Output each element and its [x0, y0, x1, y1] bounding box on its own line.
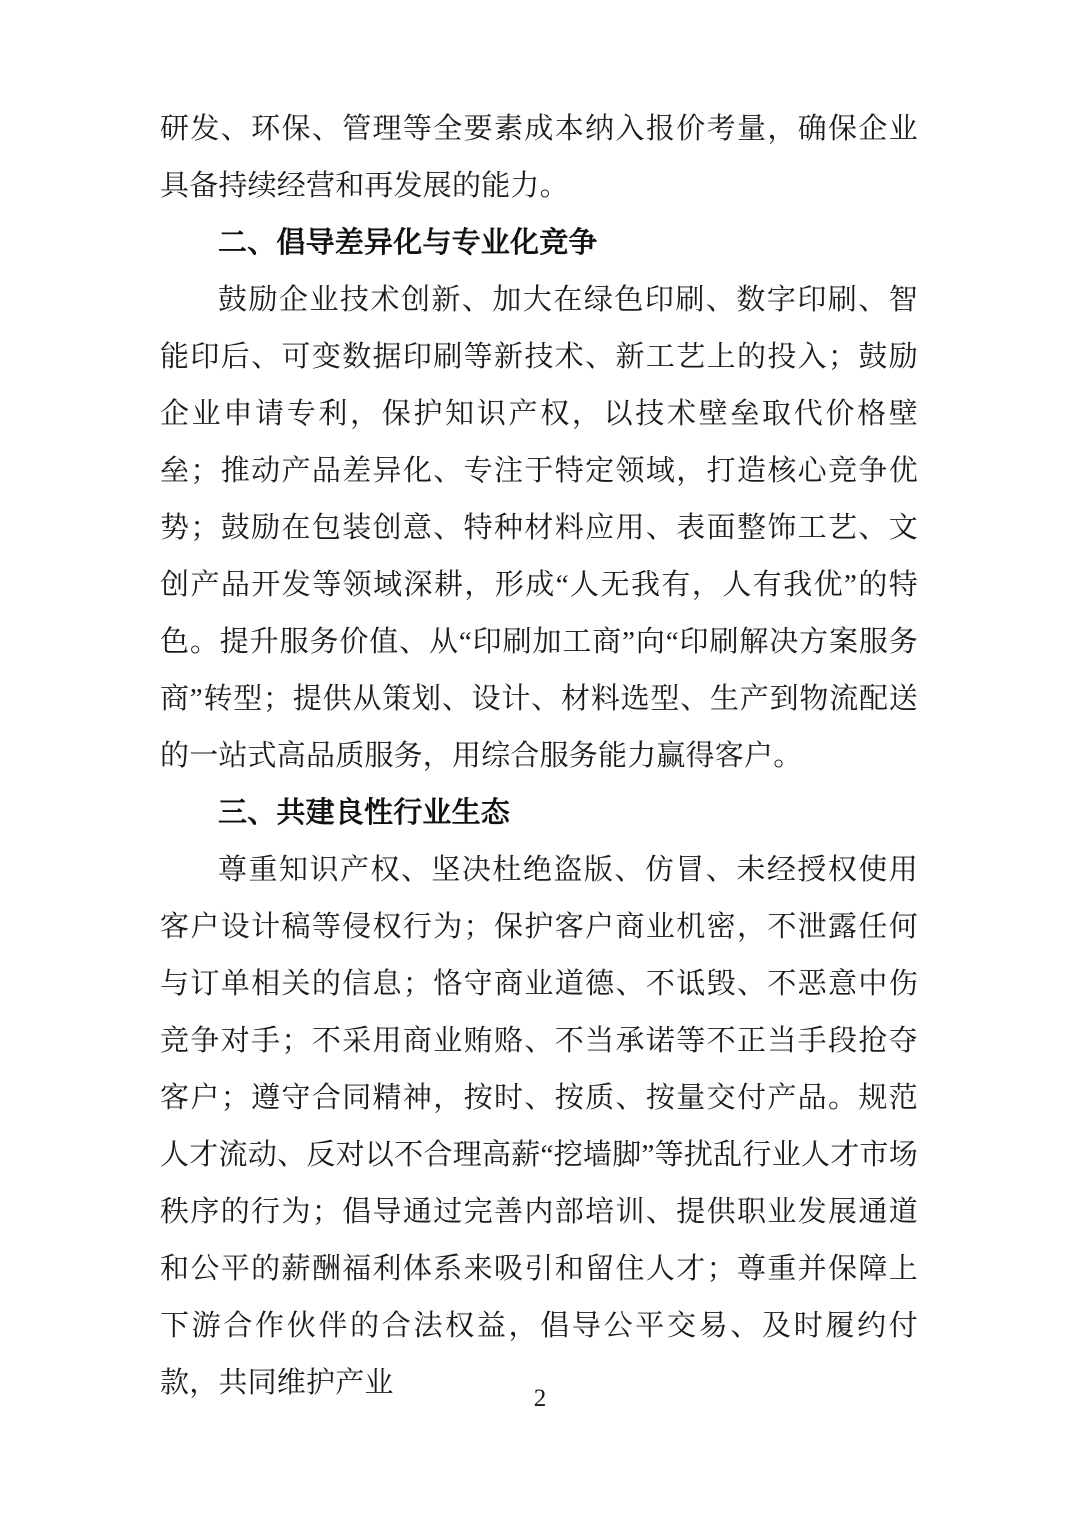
section-2-paragraph: 鼓励企业技术创新、加大在绿色印刷、数字印刷、智能印后、可变数据印刷等新技术、新工…: [160, 272, 918, 785]
document-body: 研发、环保、管理等全要素成本纳入报价考量，确保企业具备持续经营和再发展的能力。 …: [160, 101, 918, 1412]
section-heading-3: 三、共建良性行业生态: [160, 785, 918, 842]
section-3-paragraph: 尊重知识产权、坚决杜绝盗版、仿冒、未经授权使用客户设计稿等侵权行为；保护客户商业…: [160, 842, 918, 1412]
page-number: 2: [0, 1384, 1080, 1414]
section-heading-2: 二、倡导差异化与专业化竞争: [160, 215, 918, 272]
paragraph-continuation: 研发、环保、管理等全要素成本纳入报价考量，确保企业具备持续经营和再发展的能力。: [160, 101, 918, 215]
document-page: 研发、环保、管理等全要素成本纳入报价考量，确保企业具备持续经营和再发展的能力。 …: [0, 0, 1080, 1527]
